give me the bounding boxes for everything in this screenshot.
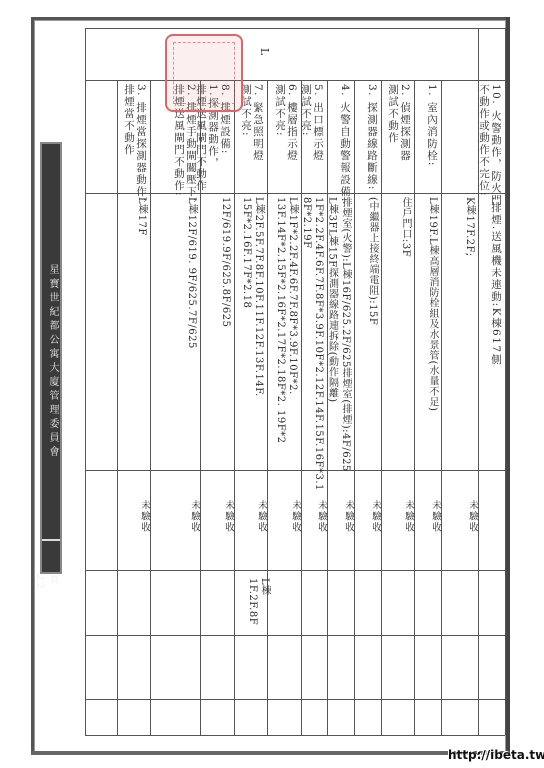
committee-title-bar: 星寶世紀都公寓大廈管理委員會 頁 22 — [40, 142, 62, 574]
row-extra-detail: .排煙.送風機未連動:K棟617側 — [478, 193, 505, 470]
row-item-label: 6. 樓層指示燈 測試不亮: — [267, 80, 301, 193]
table-border-left — [85, 28, 86, 735]
title-divider — [42, 539, 60, 541]
row-status: 未驗收 — [234, 500, 267, 533]
status-divider — [85, 470, 505, 471]
row-detail: K棟17F.2F; — [441, 193, 478, 470]
row-status: 未驗收 — [354, 500, 381, 533]
row-status: 未驗收 — [150, 500, 200, 533]
row-status: 未驗收 — [117, 500, 150, 533]
row-detail: L棟2F.5F.7F.8F.10F.11F.12F.13F.14F. 15F*2… — [234, 193, 267, 470]
row-item-label: 3. 排煙當探測器動作， 排煙當不動作 — [117, 80, 150, 193]
stamp-mark: L — [258, 48, 271, 55]
row-status: 未驗收 — [327, 500, 354, 533]
row-status: 未驗收 — [301, 500, 327, 533]
row-item-label: 5. 出口標示燈 測試不亮: — [301, 80, 327, 193]
row-item-label: 1. 室內消防栓: — [414, 80, 441, 193]
frame-shadow-bottom — [31, 751, 510, 755]
row-status: 未驗收 — [441, 500, 478, 533]
row-status: 未驗收 — [267, 500, 301, 533]
frame-shadow-right — [506, 17, 510, 755]
row-status: 未驗收 — [381, 500, 414, 533]
watermark: http://ibeta.tw — [448, 748, 544, 762]
row-note: L棟 1F.2F.8F — [231, 578, 270, 638]
row-detail: 排煙室(火警):L棟16F/625.2F/625排煙室(排煙):4F/625 — [341, 193, 355, 470]
row-detail: (中繼器上接終端電阻):15F — [354, 193, 381, 470]
row-divider — [85, 570, 505, 571]
row-item-label: 3. 探測器線路斷線: — [354, 80, 381, 193]
row-detail: 12F/619.9F/625.8F/625 — [200, 193, 234, 470]
row-status: 未驗收 — [200, 500, 234, 533]
row-item-label: 4. 火警自動警報設備: — [327, 80, 354, 193]
official-seal-stamp — [165, 34, 243, 112]
column-divider — [478, 28, 479, 80]
row-status: 未驗收 — [414, 500, 441, 533]
row-detail: L棟1F*2.2F.4F.6F.7F.8F*3.9F.10F*2. 13F.14… — [267, 193, 301, 470]
row-detail: L棟12F/619. 9F/625.7F/625 — [150, 193, 200, 470]
row-divider — [85, 699, 505, 700]
table-border-bottom — [85, 735, 505, 736]
row-detail: 1F*2.2F.4F.6F.7F.8F*3.9F.10F*2.12F.14F.1… — [301, 193, 327, 470]
committee-title: 星寶世紀都公寓大廈管理委員會 — [42, 264, 60, 460]
row-detail: L棟17F — [117, 193, 150, 470]
row-detail: 住戶門口:3F — [381, 193, 414, 470]
row-item-label: 2. 偵煙探測器 測試不動作 — [381, 80, 414, 193]
page-number: 頁 22 — [42, 574, 60, 591]
row-detail: L棟19F.L棟高層消防栓組及水景管(水量不足) — [414, 193, 441, 470]
table-border-right — [505, 28, 506, 735]
row-detail-secondary: L棟3FL棟15F探測器線路連拆除(動作隔離) — [327, 193, 341, 470]
row-item-label: 10. 火警動作，防火門 不動作或動作不完位: — [441, 80, 505, 193]
table-border-top — [85, 28, 505, 29]
row-divider — [85, 635, 505, 636]
